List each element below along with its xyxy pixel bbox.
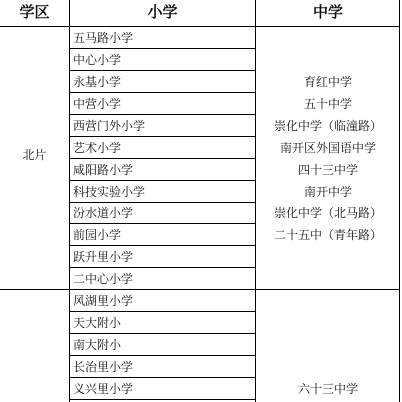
primary-school: 二中心小学	[72, 268, 253, 290]
primary-school: 前园小学	[72, 224, 253, 246]
middle-school: 六十三中学	[256, 378, 400, 400]
primary-school: 长治里小学	[72, 356, 253, 378]
primary-school: 天大附小	[72, 312, 253, 334]
middle-school: 南开中学	[256, 181, 400, 203]
primary-school: 义兴里小学	[72, 378, 253, 400]
primary-school: 风湖里小学	[72, 290, 253, 312]
middle-school: 崇化中学（北马路）	[256, 202, 400, 224]
primary-school: 中营小学	[72, 93, 253, 115]
middle-school: 四十三中学	[256, 159, 400, 181]
header-district: 学区	[0, 0, 69, 26]
divider	[69, 0, 70, 402]
header-primary: 小学	[70, 0, 255, 26]
primary-school: 咸阳路小学	[72, 159, 253, 181]
header-middle: 中学	[256, 0, 400, 26]
zone-label: 北片	[0, 146, 69, 163]
primary-school: 永基小学	[72, 71, 253, 93]
middle-school: 育红中学	[256, 71, 400, 93]
primary-school: 艺术小学	[72, 137, 253, 159]
primary-school: 跃升里小学	[72, 246, 253, 268]
middle-school: 崇化中学（临潼路）	[256, 115, 400, 137]
primary-school: 中心小学	[72, 49, 253, 71]
middle-school: 五十中学	[256, 93, 400, 115]
primary-school: 南大附小	[72, 334, 253, 356]
primary-school: 汾水道小学	[72, 202, 253, 224]
primary-school: 五马路小学	[72, 27, 253, 49]
middle-school: 南开区外国语中学	[256, 137, 400, 159]
primary-school: 科技实验小学	[72, 181, 253, 203]
middle-school: 二十五中（青年路）	[256, 224, 400, 246]
primary-school: 西营门外小学	[72, 115, 253, 137]
